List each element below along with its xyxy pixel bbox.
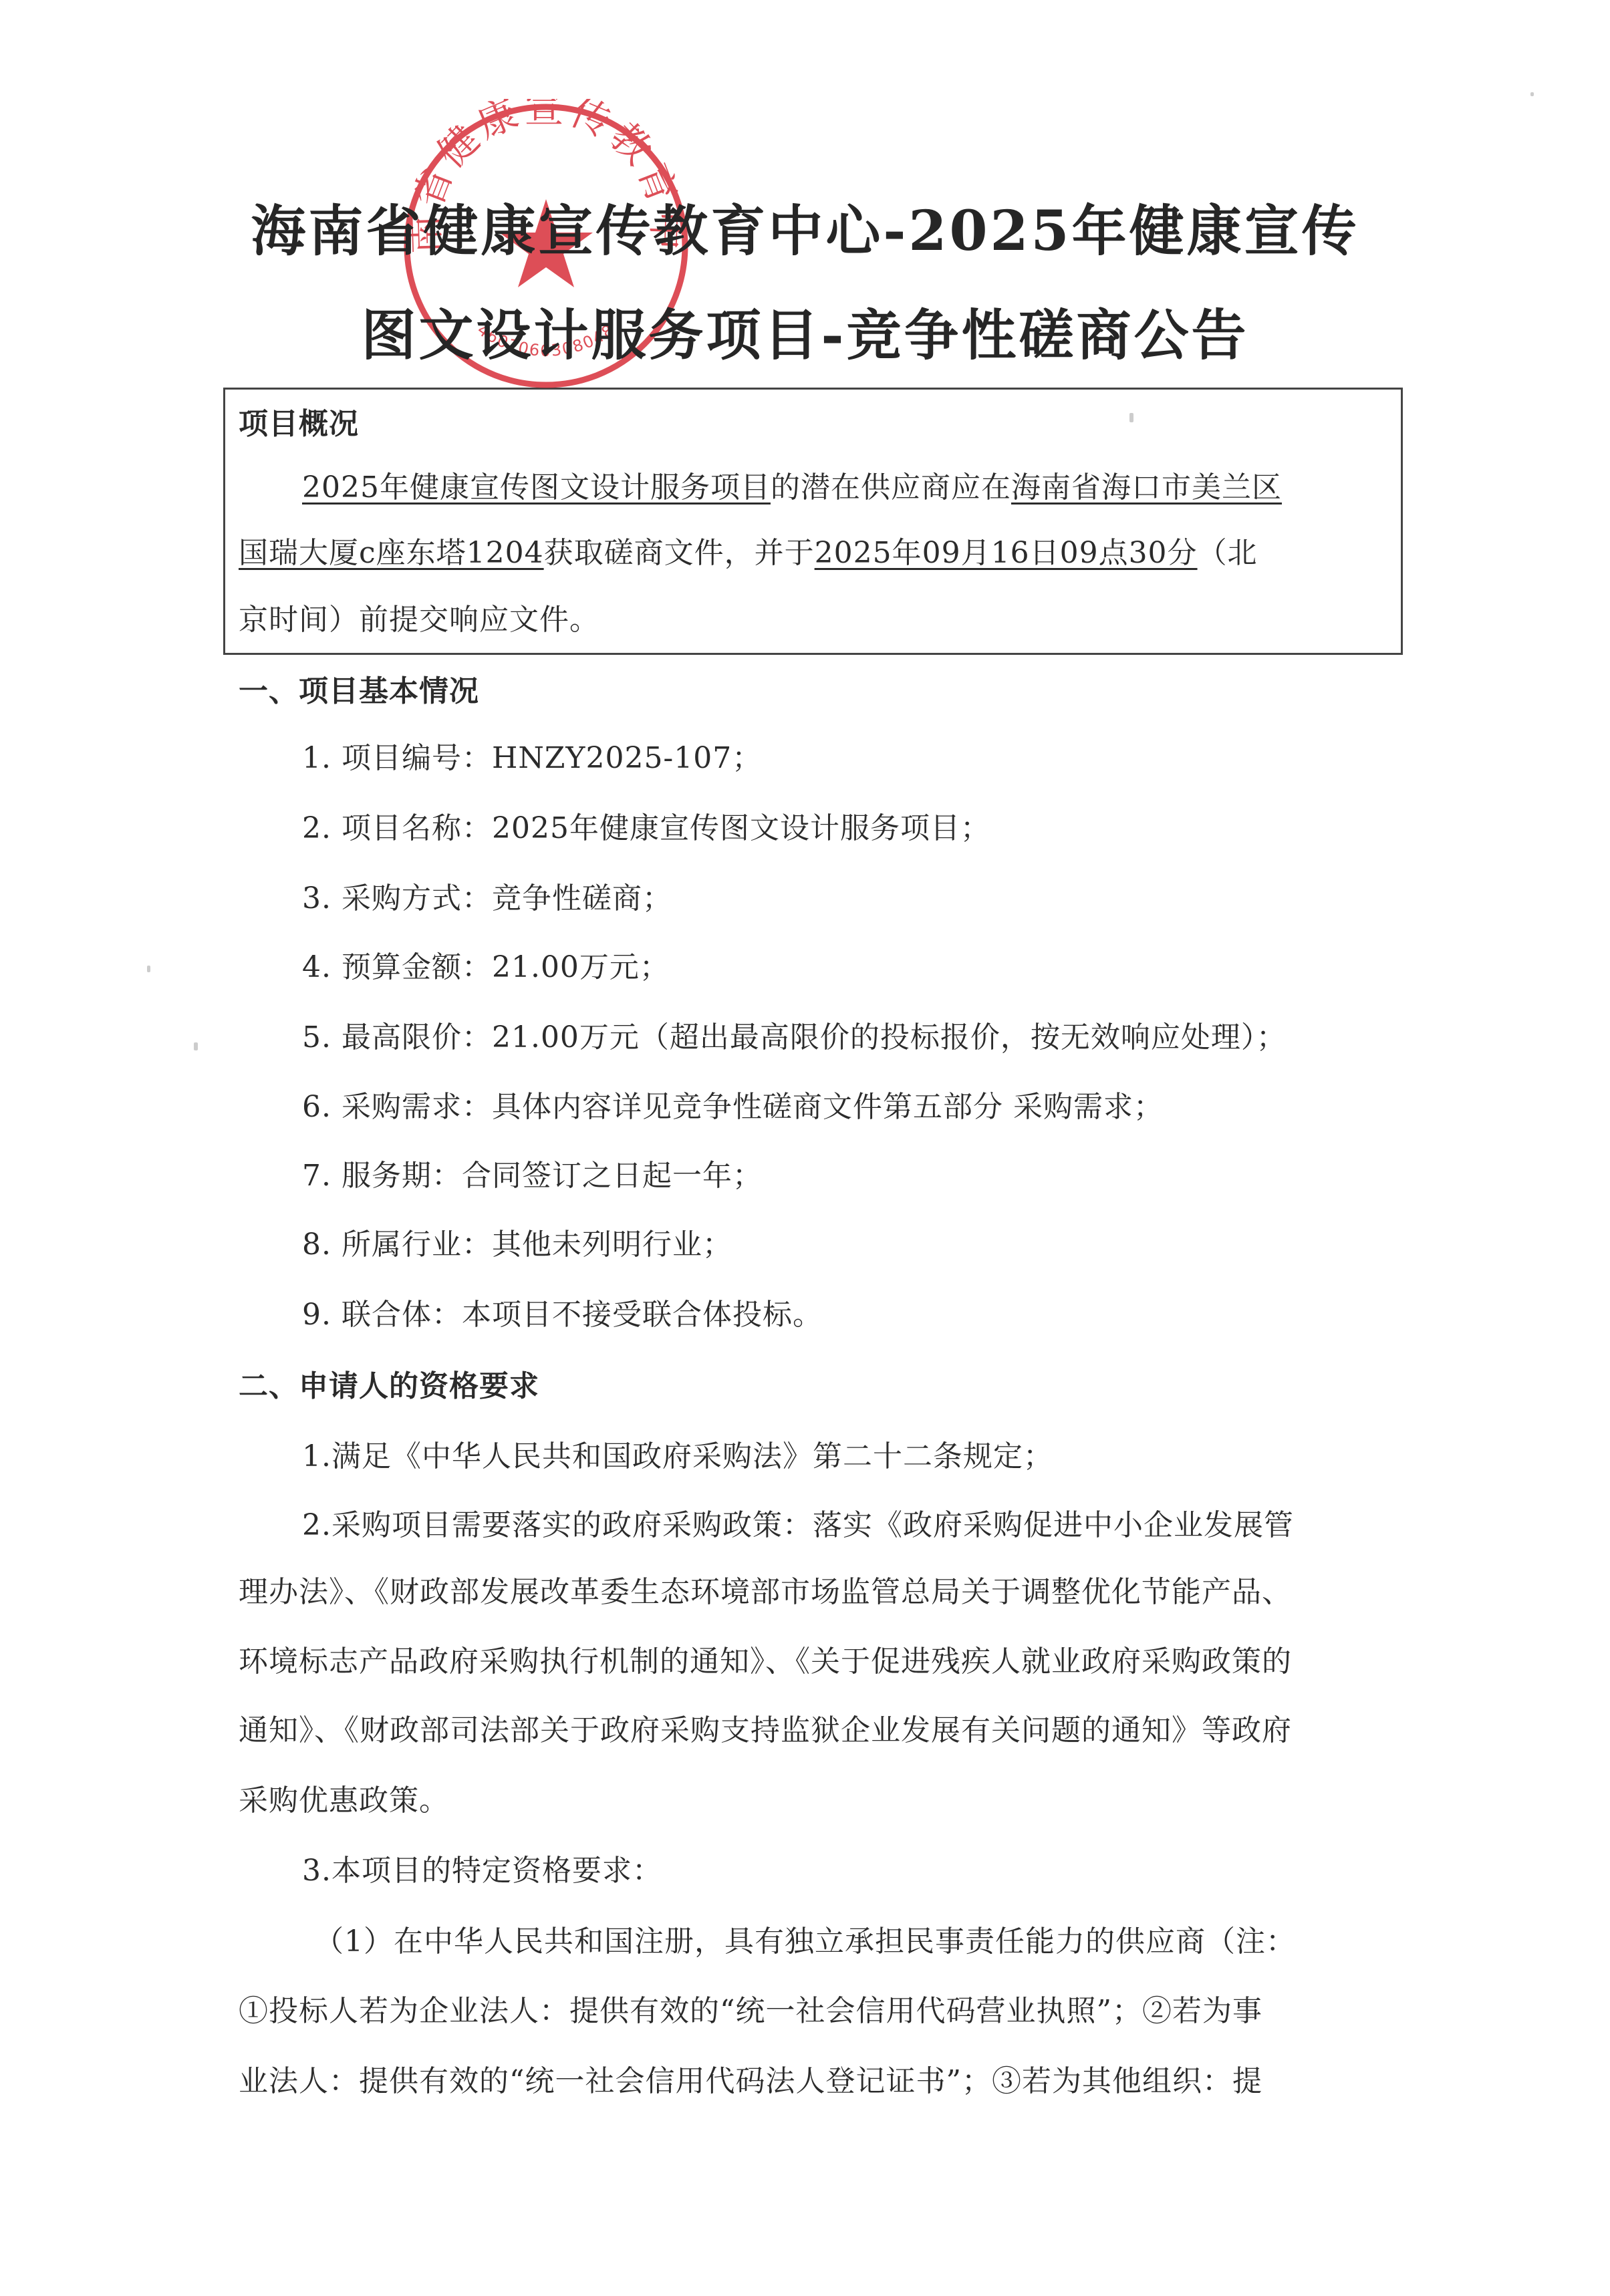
section2-line: 通知》、《财政部司法部关于政府采购支持监狱企业发展有关问题的通知》等政府 xyxy=(239,1711,1292,1751)
overview-project-name: 2025年健康宣传图文设计服务项目 xyxy=(302,470,771,505)
scan-artifact xyxy=(1129,413,1133,422)
section2-heading: 二、申请人的资格要求 xyxy=(239,1367,539,1407)
scan-artifact xyxy=(1530,92,1534,96)
overview-deadline: 2025年09月16日09点30分 xyxy=(815,536,1198,570)
overview-address-b: 国瑞大厦c座东塔1204 xyxy=(239,536,544,570)
overview-address-a: 海南省海口市美兰区 xyxy=(1011,470,1282,505)
scan-artifact xyxy=(147,966,150,972)
section2-line: 2.采购项目需要落实的政府采购政策：落实《政府采购促进中小企业发展管 xyxy=(302,1505,1294,1546)
section2-line: 业法人：提供有效的“统一社会信用代码法人登记证书”；③若为其他组织：提 xyxy=(239,2061,1262,2102)
document-title-line1: 海南省健康宣传教育中心-2025年健康宣传 xyxy=(0,198,1610,265)
section1-item: 9. 联合体：本项目不接受联合体投标。 xyxy=(302,1295,823,1335)
section1-item: 7. 服务期：合同签订之日起一年； xyxy=(302,1156,763,1196)
section1-item: 6. 采购需求：具体内容详见竞争性磋商文件第五部分 采购需求； xyxy=(302,1087,1164,1127)
overview-line-1: 2025年健康宣传图文设计服务项目的潜在供应商应在海南省海口市美兰区 xyxy=(302,468,1282,508)
section1-item: 2. 项目名称：2025年健康宣传图文设计服务项目； xyxy=(302,809,990,849)
section2-line: 理办法》、《财政部发展改革委生态环境部市场监管总局关于调整优化节能产品、 xyxy=(239,1572,1292,1612)
section1-item: 1. 项目编号：HNZY2025-107； xyxy=(302,738,762,778)
section2-line: ①投标人若为企业法人：提供有效的“统一社会信用代码营业执照”；②若为事 xyxy=(239,1991,1262,2031)
overview-text: （北 xyxy=(1198,536,1258,570)
section1-item: 5. 最高限价：21.00万元（超出最高限价的投标报价，按无效响应处理）； xyxy=(302,1018,1287,1058)
section2-line: 3.本项目的特定资格要求： xyxy=(302,1851,662,1891)
section2-line: 环境标志产品政府采购执行机制的通知》、《关于促进残疾人就业政府采购政策的 xyxy=(239,1642,1292,1682)
scan-artifact xyxy=(194,1042,198,1050)
section2-line: 采购优惠政策。 xyxy=(239,1781,449,1821)
overview-line-2: 国瑞大厦c座东塔1204获取磋商文件，并于2025年09月16日09点30分（北 xyxy=(239,533,1258,573)
section1-heading: 一、项目基本情况 xyxy=(239,672,479,712)
section1-item: 4. 预算金额：21.00万元； xyxy=(302,948,670,988)
overview-heading: 项目概况 xyxy=(239,404,359,444)
section1-item: 3. 采购方式：竞争性磋商； xyxy=(302,879,672,919)
document-title-line2: 图文设计服务项目-竞争性磋商公告 xyxy=(0,302,1610,369)
overview-text: 的潜在供应商应在 xyxy=(771,470,1011,505)
overview-line-3: 京时间）前提交响应文件。 xyxy=(239,600,599,640)
section2-line: 1.满足《中华人民共和国政府采购法》第二十二条规定； xyxy=(302,1437,1053,1477)
document-page: 海南省健康宣传教育中心 4601060308048 海南省健康宣传教育中心-20… xyxy=(0,0,1610,2296)
section1-item: 8. 所属行业：其他未列明行业； xyxy=(302,1225,732,1265)
overview-text: 获取磋商文件，并于 xyxy=(544,536,815,570)
section2-line: （1）在中华人民共和国注册，具有独立承担民事责任能力的供应商（注： xyxy=(314,1922,1296,1962)
